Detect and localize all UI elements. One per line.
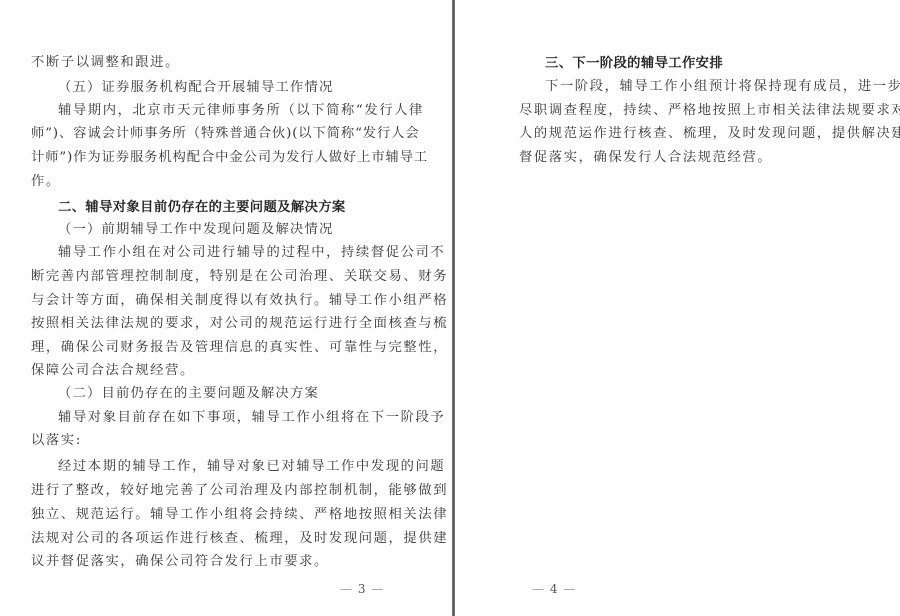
paragraph-line: 议并督促落实，确保公司符合发行上市要求。 <box>31 552 329 572</box>
paragraph-line: 辅导期内，北京市天元律师事务所（以下简称“发行人律 <box>58 101 424 121</box>
paragraph-line: 法规对公司的各项运作进行核查、梳理，及时发现问题，提供建 <box>31 529 448 549</box>
paragraph-line: 辅导对象目前存在如下事项，辅导工作小组将在下一阶段予 <box>58 408 445 428</box>
paragraph-line: 以落实: <box>31 431 82 451</box>
paragraph-line: 独立、规范运行。辅导工作小组将会持续、严格地按照相关法律 <box>31 505 448 525</box>
paragraph-line: 与会计等方面，确保相关制度得以有效执行。辅导工作小组严格 <box>31 291 448 311</box>
paragraph-line: 辅导工作小组在对公司进行辅导的过程中，持续督促公司不 <box>58 243 445 263</box>
paragraph-line: 下一阶段，辅导工作小组预计将保持现有成员，进一步深化 <box>545 77 900 97</box>
paragraph-line: 人的规范运作进行核查、梳理，及时发现问题，提供解决建议并 <box>519 124 900 144</box>
paragraph-line: 经过本期的辅导工作，辅导对象已对辅导工作中发现的问题 <box>58 457 445 477</box>
paragraph-line: 断完善内部管理控制制度，特别是在公司治理、关联交易、财务 <box>31 267 448 287</box>
paragraph-line: 督促落实，确保发行人合法规范经营。 <box>519 148 772 168</box>
page-number-4: — 4 — <box>532 582 576 596</box>
paragraph-line: 理，确保公司财务报告及管理信息的真实性、可靠性与完整性， <box>31 338 448 358</box>
paragraph-line: 师”)、容诚会计师事务所（特殊普通合伙)(以下简称“发行人会 <box>31 124 420 144</box>
paragraph-line: 计师”)作为证券服务机构配合中金公司为发行人做好上市辅导工 <box>31 148 428 168</box>
paragraph-line: 不断子以调整和跟进。 <box>31 53 180 73</box>
document-page-4: 三、下一阶段的辅导工作安排 下一阶段，辅导工作小组预计将保持现有成员，进一步深化… <box>456 0 900 616</box>
section-heading-1: （一）前期辅导工作中发现问题及解决情况 <box>58 220 333 240</box>
document-page-3: 不断子以调整和跟进。 （五）证券服务机构配合开展辅导工作情况 辅导期内，北京市天… <box>0 0 453 616</box>
chapter-heading-2: 二、辅导对象目前仍存在的主要问题及解决方案 <box>58 198 346 218</box>
page-divider <box>452 0 455 616</box>
paragraph-line: 按照相关法律法规的要求，对公司的规范运行进行全面核查与梳 <box>31 314 448 334</box>
paragraph-line: 尽职调查程度，持续、严格地按照上市相关法律法规要求对发行 <box>519 101 900 121</box>
section-heading-5: （五）证券服务机构配合开展辅导工作情况 <box>58 78 333 98</box>
chapter-heading-3: 三、下一阶段的辅导工作安排 <box>545 54 723 74</box>
page-number-3: — 3 — <box>340 582 384 596</box>
section-heading-2: （二）目前仍存在的主要问题及解决方案 <box>58 384 319 404</box>
paragraph-line: 作。 <box>31 172 61 192</box>
paragraph-line: 进行了整改，较好地完善了公司治理及内部控制机制，能够做到 <box>31 481 448 501</box>
paragraph-line: 保障公司合法合规经营。 <box>31 361 195 381</box>
